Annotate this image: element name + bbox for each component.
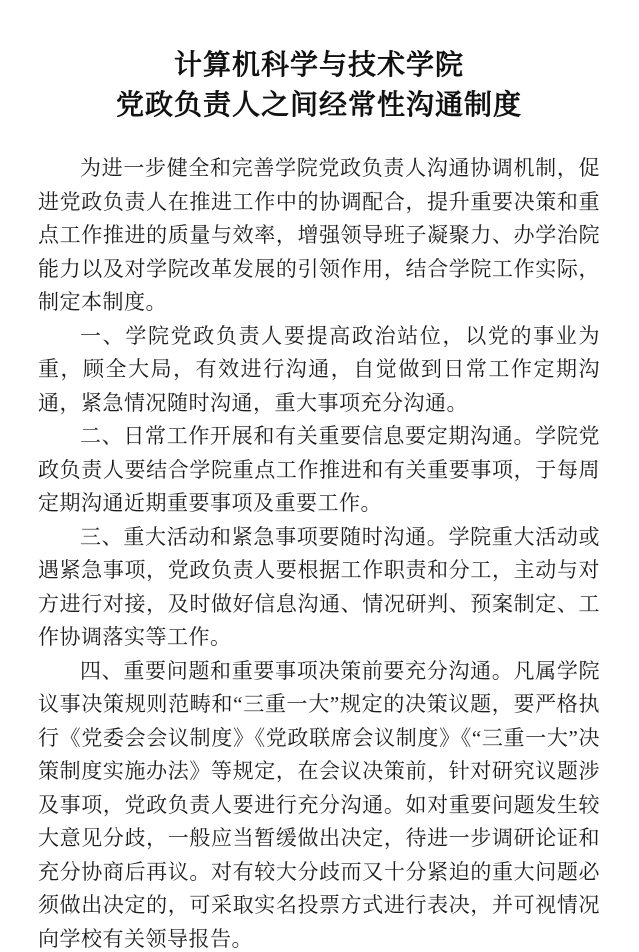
paragraph-item-2: 二、日常工作开展和有关重要信息要定期沟通。学院党政负责人要结合学院重点工作推进和… (38, 420, 600, 521)
title-line-2: 党政负责人之间经常性沟通制度 (38, 86, 600, 126)
title-line-1: 计算机科学与技术学院 (38, 46, 600, 86)
paragraph-item-3: 三、重大活动和紧急事项要随时沟通。学院重大活动或遇紧急事项，党政负责人要根据工作… (38, 521, 600, 655)
paragraph-item-4: 四、重要问题和重要事项决策前要充分沟通。凡属学院议事决策规则范畴和“三重一大”规… (38, 655, 600, 952)
document-page: 计算机科学与技术学院 党政负责人之间经常性沟通制度 为进一步健全和完善学院党政负… (0, 0, 639, 952)
document-body: 为进一步健全和完善学院党政负责人沟通协调机制，促进党政负责人在推进工作中的协调配… (38, 152, 600, 952)
paragraph-item-1: 一、学院党政负责人要提高政治站位，以党的事业为重，顾全大局，有效进行沟通，自觉做… (38, 320, 600, 421)
paragraph-intro: 为进一步健全和完善学院党政负责人沟通协调机制，促进党政负责人在推进工作中的协调配… (38, 152, 600, 320)
document-title: 计算机科学与技术学院 党政负责人之间经常性沟通制度 (38, 46, 600, 126)
